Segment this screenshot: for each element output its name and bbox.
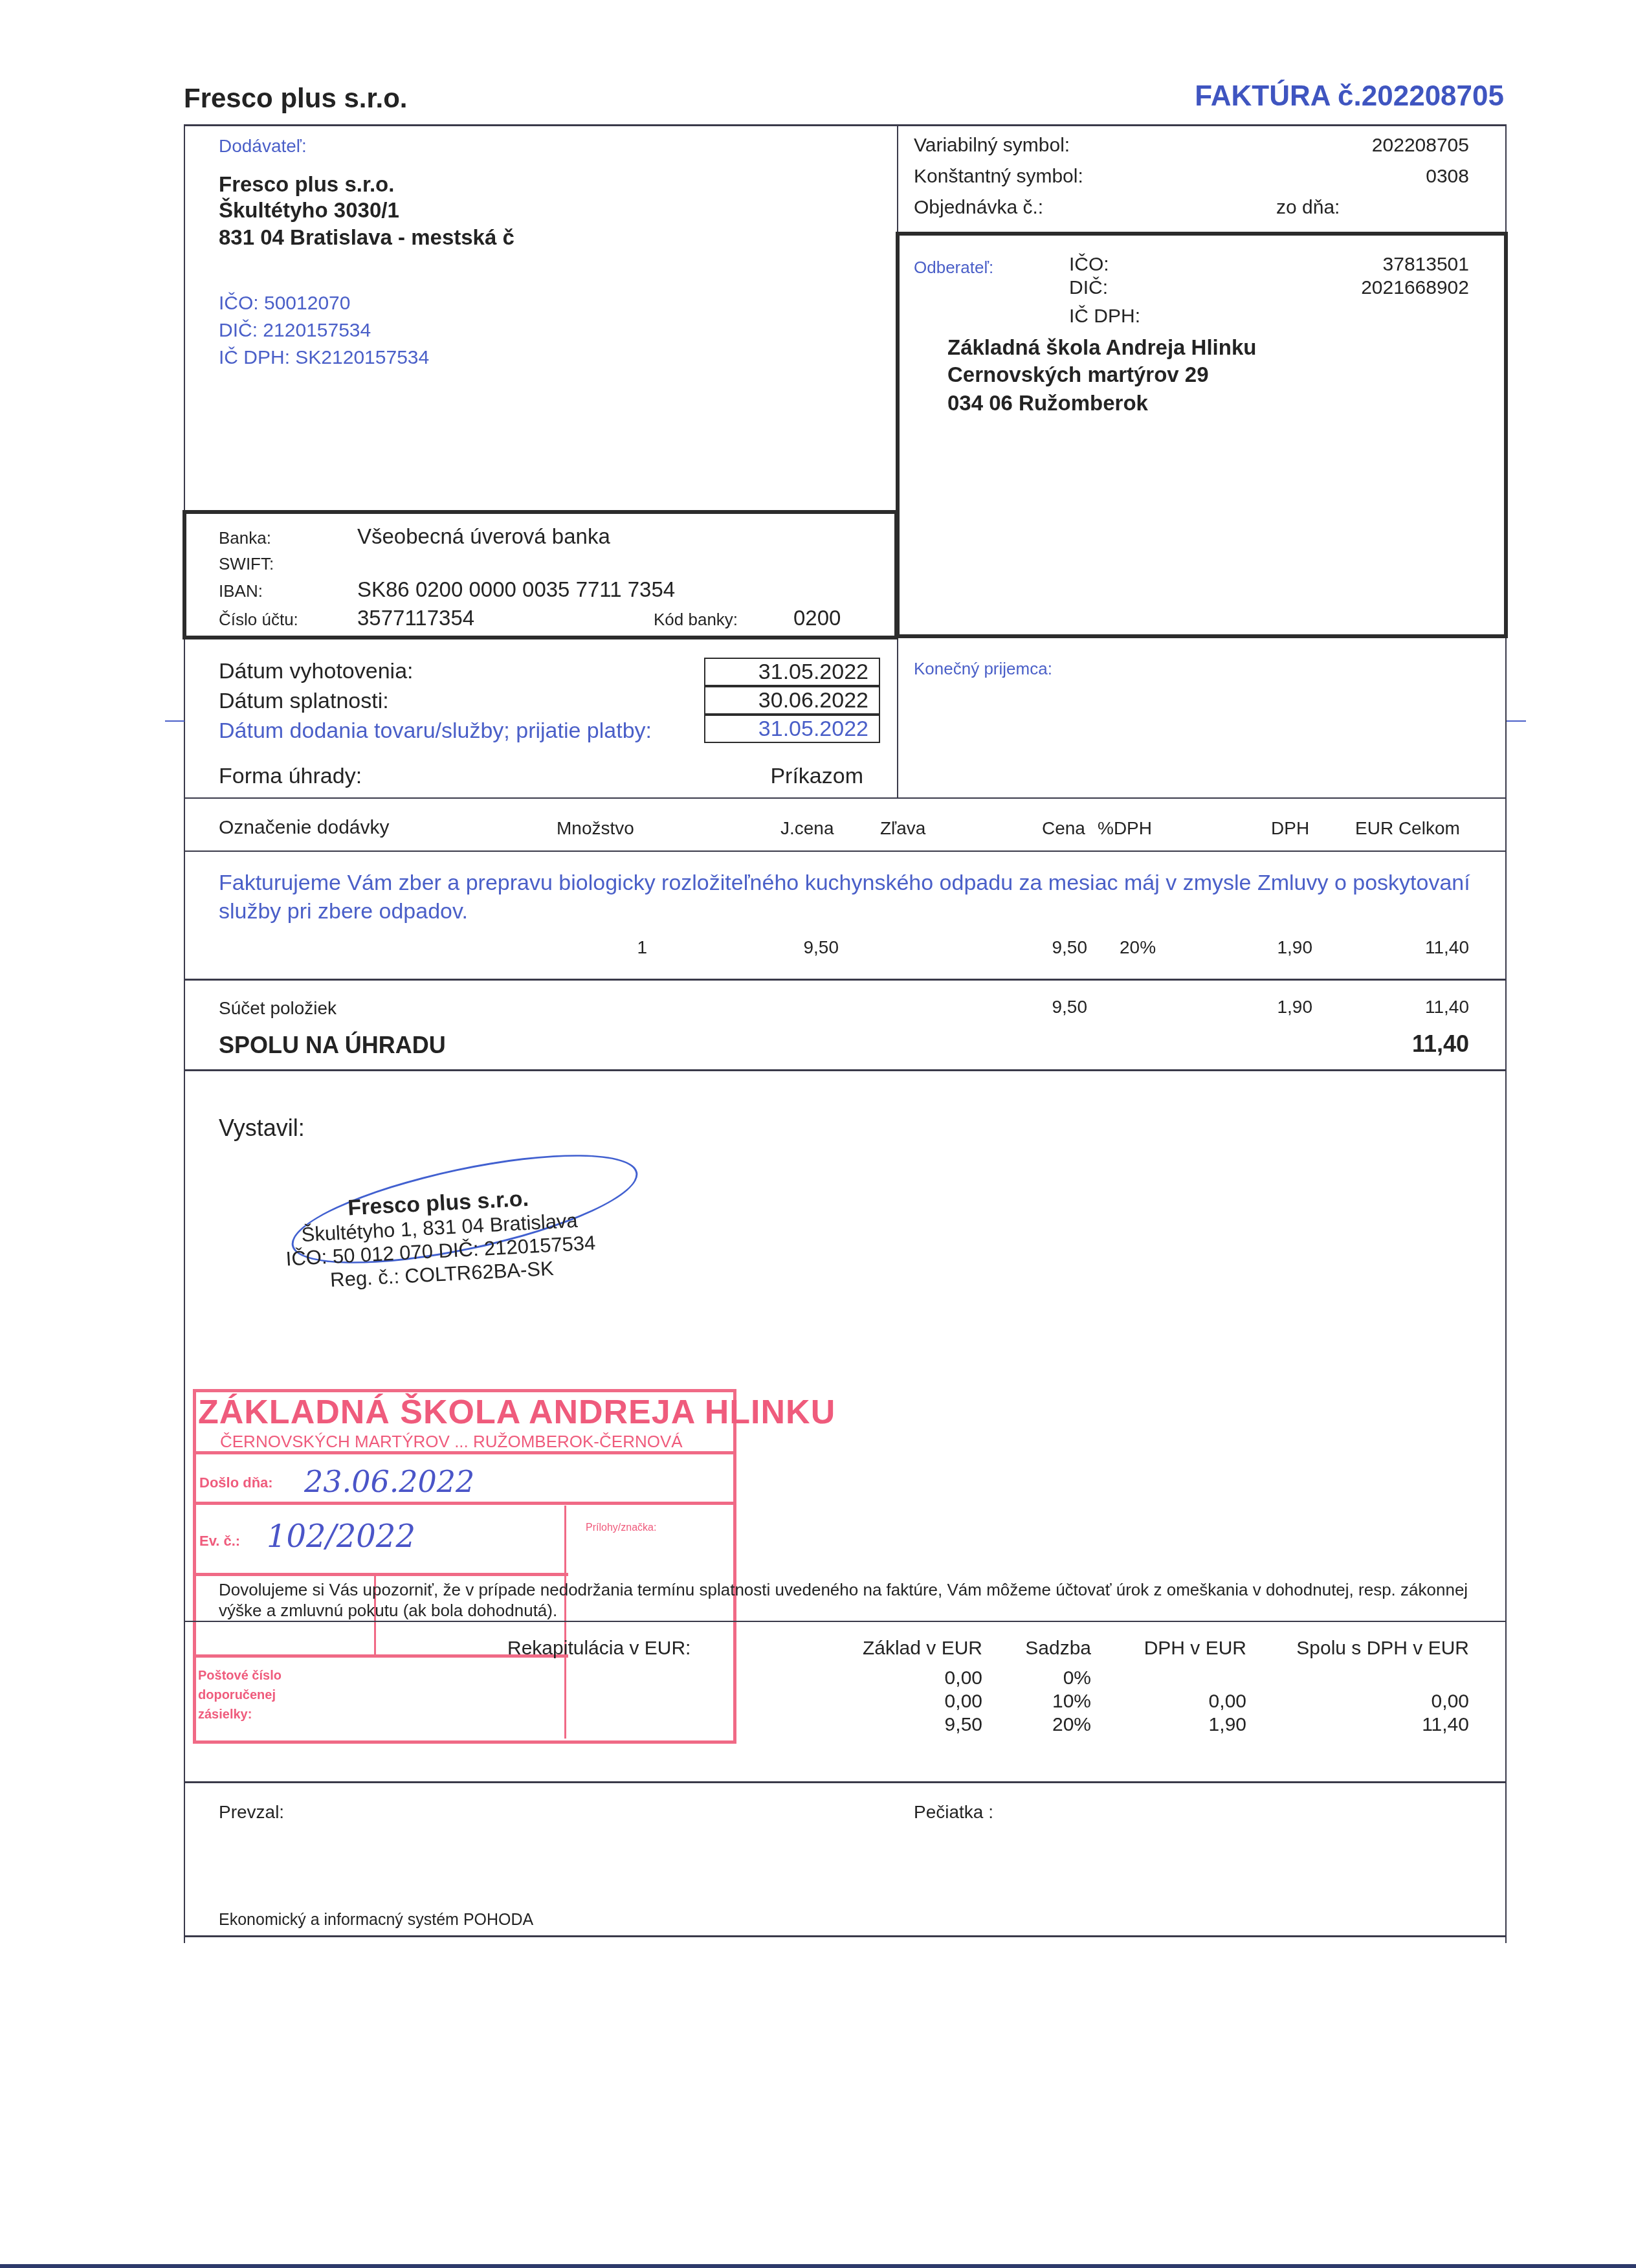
attachments-label: Prílohy/značka: — [586, 1522, 656, 1534]
customer-dic-label: DIČ: — [1069, 277, 1108, 299]
stamp-divider-1 — [193, 1451, 736, 1454]
invoice-title: FAKTÚRA č.202208705 — [1195, 80, 1504, 113]
frame-top — [184, 124, 1507, 126]
recap-label: Rekapitulácia v EUR: — [507, 1638, 691, 1660]
supplier-name: Fresco plus s.r.o. — [219, 172, 394, 197]
sum-vat: 1,90 — [1277, 997, 1313, 1017]
issue-date-label: Dátum vyhotovenia: — [219, 659, 414, 684]
customer-label: Odberateľ: — [914, 258, 993, 278]
delivery-date-label: Dátum dodania tovaru/služby; prijatie pl… — [219, 718, 652, 744]
stamp-vertical-1 — [564, 1506, 566, 1739]
account-label: Číslo účtu: — [219, 610, 298, 630]
bank-code-label: Kód banky: — [654, 610, 738, 630]
bank-value: Všeobecná úverová banka — [357, 524, 610, 549]
constant-symbol-label: Konštantný symbol: — [914, 166, 1083, 188]
order-number-label: Objednávka č.: — [914, 197, 1043, 219]
iban-value: SK86 0200 0000 0035 7711 7354 — [357, 577, 675, 602]
recap-total: 11,40 — [1422, 1714, 1469, 1736]
recap-base: 9,50 — [945, 1714, 982, 1736]
due-date-label: Dátum splatnosti: — [219, 689, 389, 714]
sum-price: 9,50 — [1052, 997, 1088, 1017]
footer-top — [184, 1781, 1507, 1783]
variable-symbol-value: 202208705 — [1372, 135, 1469, 157]
frame-left — [184, 124, 185, 1943]
col-vat: DPH — [1271, 818, 1309, 839]
totals-top — [184, 979, 1507, 981]
payment-method-value: Príkazom — [770, 764, 863, 789]
customer-ico-label: IČO: — [1069, 254, 1109, 276]
recap-rate: 0% — [1063, 1667, 1091, 1689]
recap-rate: 20% — [1052, 1714, 1091, 1736]
sum-total: 11,40 — [1425, 997, 1469, 1017]
supplier-city: 831 04 Bratislava - mestská č — [219, 225, 514, 250]
late-payment-notice: Dovolujeme si Vás upozorniť, že v prípad… — [219, 1579, 1481, 1621]
supplier-ic-dph: IČ DPH: SK2120157534 — [219, 347, 429, 369]
supplier-street: Škultétyho 3030/1 — [219, 198, 399, 223]
sum-label: Súčet položiek — [219, 998, 337, 1019]
payment-method-label: Forma úhrady: — [219, 764, 362, 789]
col-price: Cena — [1042, 818, 1085, 839]
recap-vat: 0,00 — [1209, 1691, 1246, 1713]
recap-total: 0,00 — [1431, 1691, 1469, 1713]
reg-number-value: 102/2022 — [267, 1518, 415, 1555]
supplier-dic: DIČ: 2120157534 — [219, 320, 371, 342]
grand-total-label: SPOLU NA ÚHRADU — [219, 1032, 446, 1059]
customer-ico-value: 37813501 — [1383, 254, 1469, 276]
reg-number-label: Ev. č.: — [199, 1533, 240, 1550]
issue-date-value: 31.05.2022 — [704, 658, 880, 686]
customer-dic-value: 2021668902 — [1361, 277, 1469, 299]
postal-number-label: Poštové číslo doporučenej zásielky: — [198, 1666, 289, 1724]
fold-mark-right — [1507, 720, 1526, 722]
received-stamp-subtitle: ČERNOVSKÝCH MARTÝROV ... RUŽOMBEROK-ČERN… — [220, 1432, 683, 1452]
recap-col-base: Základ v EUR — [863, 1638, 982, 1660]
header-company-name: Fresco plus s.r.o. — [184, 83, 407, 114]
fold-mark-left — [165, 720, 184, 722]
notice-bottom — [184, 1621, 1507, 1622]
col-unit-price: J.cena — [780, 818, 834, 839]
stamp-divider-3 — [193, 1573, 568, 1576]
swift-label: SWIFT: — [219, 554, 274, 574]
totals-bottom — [184, 1069, 1507, 1071]
items-header-top — [184, 797, 1507, 799]
col-total: EUR Celkom — [1355, 818, 1460, 839]
bank-code-value: 0200 — [793, 606, 841, 630]
item-unit-price: 9,50 — [804, 937, 839, 958]
item-vat-rate: 20% — [1120, 937, 1156, 958]
issuer-stamp: Fresco plus s.r.o. Škultétyho 1, 831 04 … — [257, 1181, 624, 1295]
customer-city: 034 06 Ružomberok — [947, 391, 1148, 416]
iban-label: IBAN: — [219, 581, 263, 601]
supplier-ico: IČO: 50012070 — [219, 293, 350, 315]
bank-label: Banka: — [219, 528, 271, 548]
received-date-label: Došlo dňa: — [199, 1474, 273, 1491]
account-value: 3577117354 — [357, 606, 474, 630]
col-description: Označenie dodávky — [219, 817, 390, 839]
item-total: 11,40 — [1425, 937, 1469, 958]
seal-label: Pečiatka : — [914, 1802, 993, 1823]
item-vat: 1,90 — [1277, 937, 1313, 958]
constant-symbol-value: 0308 — [1426, 166, 1469, 188]
customer-street: Cernovských martýrov 29 — [947, 362, 1209, 387]
software-credit: Ekonomický a informacný systém POHODA — [219, 1911, 533, 1929]
recap-base: 0,00 — [945, 1691, 982, 1713]
recap-col-rate: Sadzba — [1025, 1638, 1091, 1660]
final-recipient-label: Konečný prijemca: — [914, 659, 1052, 679]
delivery-date-value: 31.05.2022 — [704, 715, 880, 743]
item-quantity: 1 — [637, 937, 647, 958]
col-discount: Zľava — [880, 818, 925, 839]
customer-ic-dph-label: IČ DPH: — [1069, 306, 1140, 328]
col-quantity: Množstvo — [557, 818, 634, 839]
received-stamp-title: ZÁKLADNÁ ŠKOLA ANDREJA HLINKU — [198, 1393, 835, 1432]
received-by-label: Prevzal: — [219, 1802, 284, 1823]
stamp-divider-2 — [193, 1502, 736, 1505]
scan-edge — [0, 2264, 1636, 2268]
recap-vat: 1,90 — [1209, 1714, 1246, 1736]
supplier-label: Dodávateľ: — [219, 136, 307, 157]
issuer-label: Vystavil: — [219, 1115, 305, 1142]
recap-col-vat: DPH v EUR — [1144, 1638, 1246, 1660]
footer-bottom — [184, 1935, 1507, 1937]
order-date-label: zo dňa: — [1276, 197, 1340, 219]
variable-symbol-label: Variabilný symbol: — [914, 135, 1070, 157]
grand-total-value: 11,40 — [1412, 1030, 1469, 1058]
due-date-value: 30.06.2022 — [704, 686, 880, 715]
col-vat-rate: %DPH — [1098, 818, 1152, 839]
received-date-value: 23.06.2022 — [304, 1464, 474, 1499]
item-price: 9,50 — [1052, 937, 1088, 958]
customer-name: Základná škola Andreja Hlinku — [947, 335, 1256, 360]
recap-rate: 10% — [1052, 1691, 1091, 1713]
item-description: Fakturujeme Vám zber a prepravu biologic… — [219, 869, 1474, 926]
recap-base: 0,00 — [945, 1667, 982, 1689]
recap-col-total: Spolu s DPH v EUR — [1296, 1638, 1469, 1660]
items-header-bottom — [184, 850, 1507, 852]
